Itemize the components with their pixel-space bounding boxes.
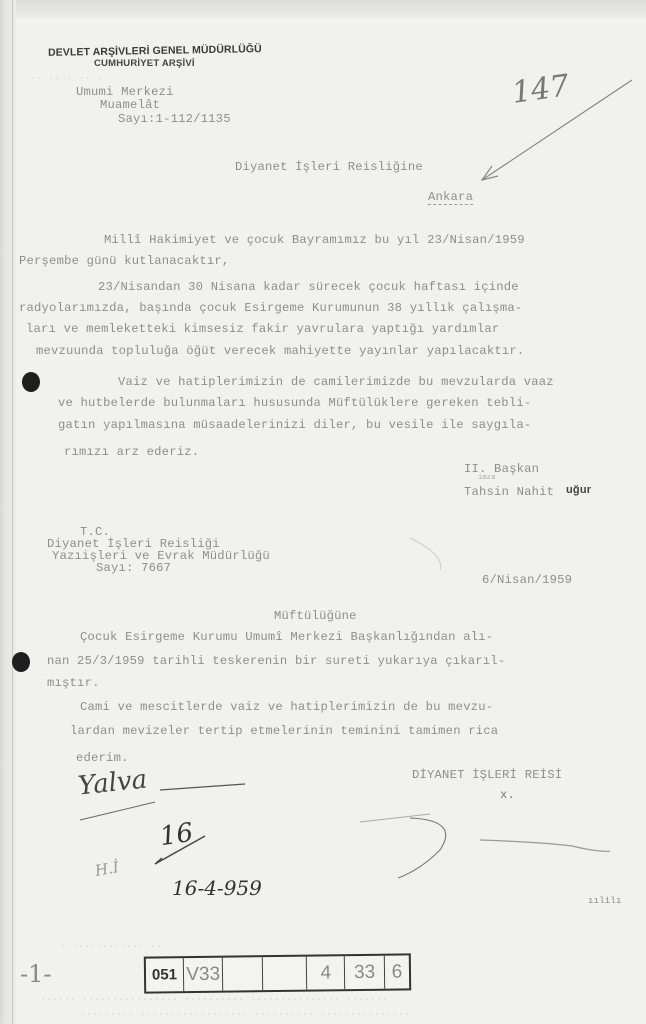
letter2-p2-l3: ederim. bbox=[76, 751, 129, 765]
handwritten-date: 16-4-959 bbox=[172, 876, 262, 900]
letter2-p2-l2: lardan mevizeler tertip etmelerinin temi… bbox=[70, 724, 498, 738]
large-flourish-stroke-icon bbox=[350, 810, 610, 890]
stray-curve-mark-icon bbox=[400, 530, 460, 575]
ref-cell-fond: 051 bbox=[146, 958, 184, 991]
header-left-line3: Sayı:1-112/1135 bbox=[118, 112, 231, 126]
ref-cell-box: 4 bbox=[307, 956, 345, 989]
ref-cell-code: V33 bbox=[184, 958, 224, 991]
bleed-through-line-1: · ············ ·· bbox=[60, 942, 162, 953]
letter1-p2-l1: 23/Nisandan 30 Nisana kadar sürecek çocu… bbox=[98, 280, 519, 294]
ref-cell-item: 6 bbox=[385, 955, 409, 988]
ref-cell-empty-2 bbox=[263, 957, 308, 991]
letter2-p1-l3: mıştır. bbox=[47, 676, 100, 690]
addressee-line1: Diyanet İşleri Reisliğine bbox=[235, 160, 423, 174]
letter1-p1-l1: Millî Hakimiyet ve çocuk Bayramımız bu y… bbox=[104, 233, 525, 247]
letter1-p2-l2: radyolarımızda, başında çocuk Esirgeme K… bbox=[19, 301, 522, 315]
letter2-p1-l2: nan 25/3/1959 tarihli teskerenin bir sur… bbox=[47, 654, 505, 668]
letter1-p1-l2: Perşembe günü kutlanacaktır, bbox=[19, 254, 229, 268]
faint-scribble: ıılilı bbox=[588, 896, 622, 906]
handwritten-bottom-left-mark: -1- bbox=[20, 960, 52, 988]
letter2-signature-title: DİYANET İŞLERİ REİSİ bbox=[412, 768, 562, 782]
letter2-date: 6/Nisan/1959 bbox=[482, 573, 572, 587]
ref-cell-empty-1 bbox=[223, 957, 263, 990]
letter1-p2-l4: mevzuunda topluluğa öğüt verecek mahiyet… bbox=[36, 344, 524, 358]
letter1-p3-l1: Vaiz ve hatiplerimizin de camilerimizde … bbox=[118, 375, 554, 389]
letter1-p3-l4: rımızı arz ederiz. bbox=[64, 445, 199, 459]
archive-stamp-line2: CUMHURİYET ARŞİVİ bbox=[94, 58, 195, 69]
letter1-signature-title: II. Başkan bbox=[464, 462, 539, 476]
letter2-signature-mark: x. bbox=[500, 788, 515, 802]
letter1-p3-l3: gatın yapılmasına müsaadelerinizi diler,… bbox=[58, 418, 531, 432]
punch-hole-1 bbox=[22, 372, 40, 392]
bleed-through-line-3: ········· ·················· ·········· … bbox=[80, 1010, 410, 1021]
arrow-mark-icon bbox=[470, 70, 640, 190]
scan-left-edge bbox=[0, 0, 16, 1024]
letter2-p2-l1: Cami ve mescitlerde vaiz ve hatiplerimiz… bbox=[80, 700, 493, 714]
header-left-line1: Umumi Merkezi bbox=[76, 85, 174, 99]
ref-cell-file: 33 bbox=[345, 956, 385, 989]
letter1-signature-subtitle: imza bbox=[478, 474, 496, 482]
letter1-signature-name: Tahsin Nahit bbox=[464, 485, 554, 499]
archive-reference-box: 051 V33 4 33 6 bbox=[144, 953, 411, 993]
addressee-city: Ankara bbox=[428, 190, 473, 205]
letter2-header-line4: Sayı: 7667 bbox=[96, 561, 171, 575]
letter2-p1-l1: Çocuk Esirgeme Kurumu Umumî Merkezi Başk… bbox=[80, 630, 493, 644]
letter1-signature-handwritten: uğur bbox=[566, 484, 591, 496]
archive-stamp-line1: DEVLET ARŞİVLERİ GENEL MÜDÜRLÜĞÜ bbox=[48, 43, 262, 59]
header-left-line2: Muamelât bbox=[100, 98, 160, 112]
letter1-p2-l3: ları ve memleketteki kimsesiz fakir yavr… bbox=[26, 322, 499, 336]
letter2-addressee: Müftülüğüne bbox=[274, 609, 357, 623]
document-page: DEVLET ARŞİVLERİ GENEL MÜDÜRLÜĞÜ CUMHURİ… bbox=[0, 0, 646, 1024]
handwritten-check-stroke-icon bbox=[150, 830, 210, 870]
scan-top-shadow bbox=[0, 0, 646, 18]
signature-underline-stroke-icon bbox=[60, 778, 260, 828]
letter1-p3-l2: ve hutbelerde bulunmaları hususunda Müft… bbox=[58, 396, 531, 410]
handwritten-initials: H.İ bbox=[94, 858, 121, 880]
bleed-through-line-2: ······ ················ ·········· ·····… bbox=[40, 995, 388, 1006]
stamp-faint-marks: ·· ·· · ·· · bbox=[30, 75, 104, 83]
punch-hole-2 bbox=[12, 652, 30, 672]
